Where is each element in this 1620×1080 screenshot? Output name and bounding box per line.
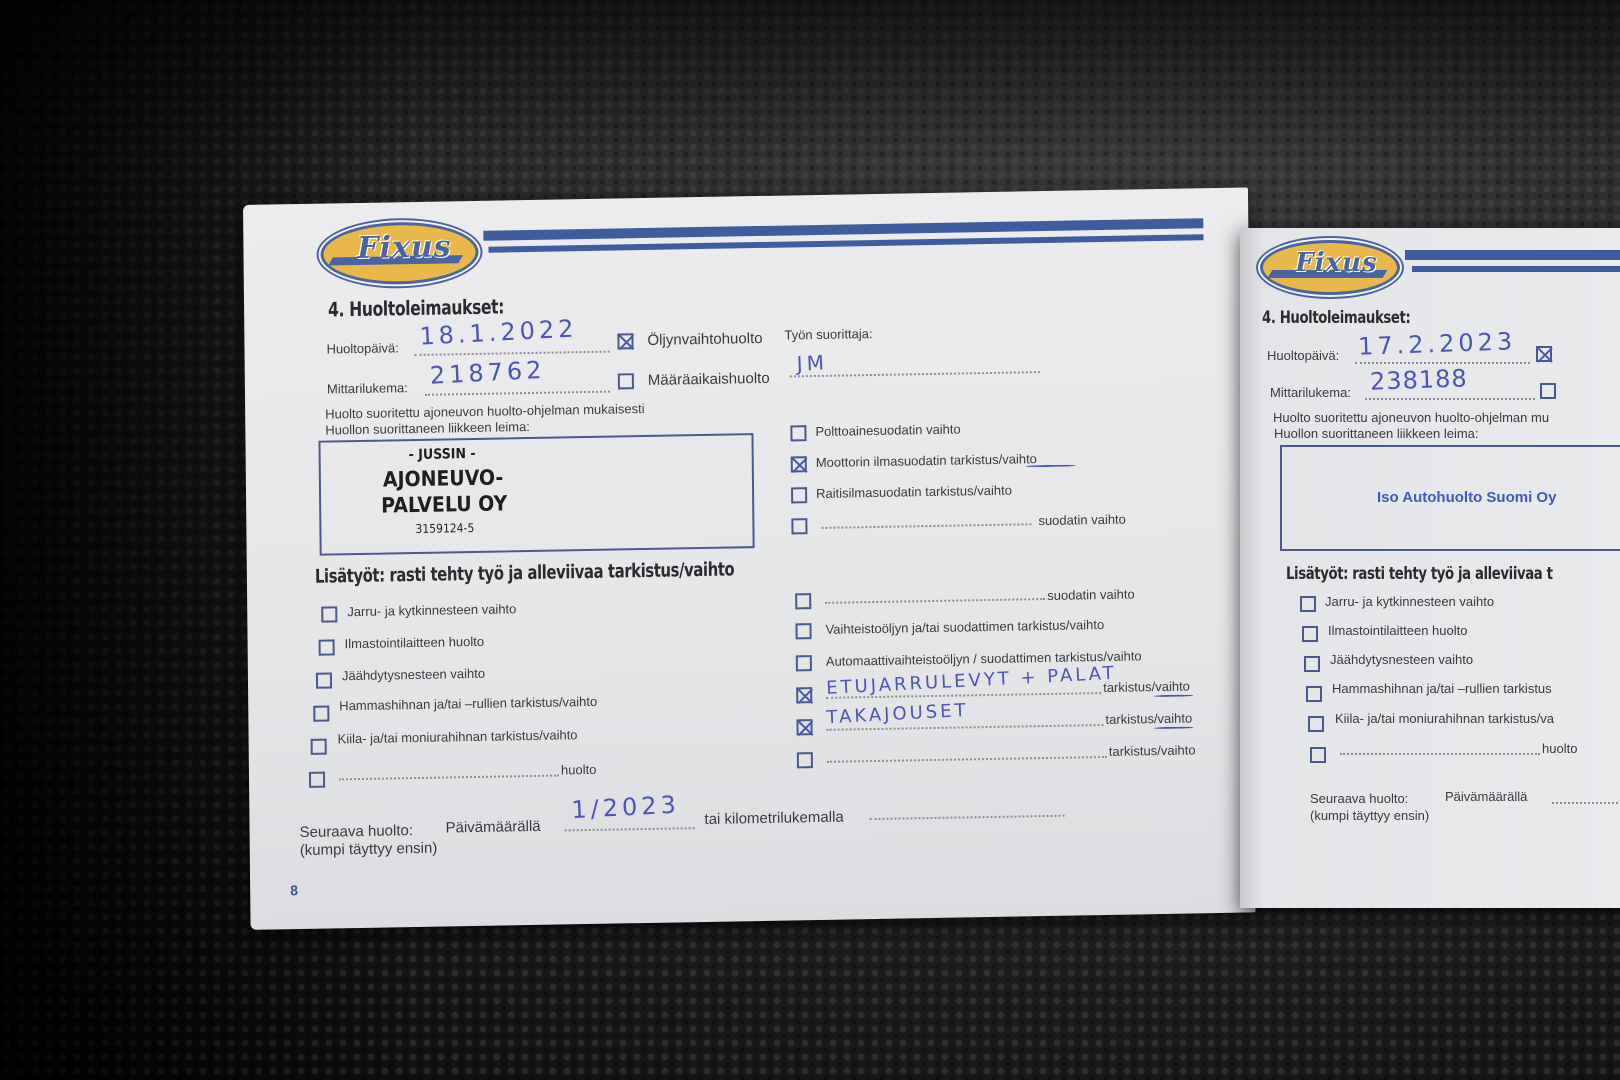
extra-item-label: Jarru- ja kytkinnesteen vaihto — [347, 601, 516, 619]
extra-item-label: Jäähdytysnesteen vaihto — [342, 666, 485, 683]
stamp-line: 3159124-5 — [415, 521, 474, 536]
service-date-line — [1355, 362, 1530, 364]
extra-item-label: huolto — [1542, 741, 1577, 756]
page-number: 8 — [290, 882, 298, 898]
oil-change-checkbox[interactable] — [617, 333, 633, 349]
cabin-filter-label: Raitisilmasuodatin tarkistus/vaihto — [816, 483, 1012, 501]
extra-item-label: huolto — [561, 762, 597, 778]
service-date-label: Huoltopäivä: — [326, 340, 398, 356]
pen-underline — [1153, 694, 1193, 697]
header-stripe — [1412, 266, 1620, 272]
service-book-page-right: Fixus 4. Huoltoleimaukset: Huoltopäivä: … — [1240, 228, 1620, 908]
performer-value[interactable]: JM — [796, 350, 828, 376]
fuel-filter-label: Polttoainesuodatin vaihto — [815, 421, 960, 439]
extra-item-label: tarkistus/vaihto — [1105, 710, 1192, 727]
other-check-checkbox[interactable] — [797, 752, 813, 768]
blank-line — [827, 756, 1107, 763]
extra-work-title: Lisätyöt: rasti tehty työ ja alleviivaa … — [1286, 564, 1553, 584]
extra-item-label: Jäähdytysnesteen vaihto — [1330, 652, 1473, 667]
fuel-filter-checkbox[interactable] — [790, 425, 806, 441]
section-title: 4. Huoltoleimaukset: — [1262, 308, 1410, 328]
service-date-label: Huoltopäivä: — [1267, 348, 1339, 363]
program-note: Huolto suoritettu ajoneuvon huolto-ohjel… — [325, 401, 645, 422]
whichever-first-note: (kumpi täyttyy ensin) — [1310, 808, 1429, 823]
service-date-value[interactable]: 17.2.2023 — [1358, 327, 1517, 361]
rear-springs-checkbox[interactable] — [796, 719, 812, 735]
extra-filter-checkbox[interactable] — [795, 593, 811, 609]
odometer-line — [425, 391, 610, 396]
blank-line — [1340, 753, 1540, 755]
stamp-line: AJONEUVO- — [383, 465, 504, 491]
brake-fluid-checkbox[interactable] — [1300, 596, 1316, 612]
stamp-line: PALVELU OY — [381, 491, 507, 517]
other-filter-checkbox[interactable] — [791, 518, 807, 534]
service-date-line — [415, 351, 610, 356]
scheduled-service-checkbox[interactable] — [618, 373, 634, 389]
service-date-value[interactable]: 18.1.2022 — [419, 314, 578, 350]
cabin-filter-checkbox[interactable] — [791, 487, 807, 503]
blank-line — [339, 775, 559, 781]
odometer-value[interactable]: 218762 — [429, 356, 546, 390]
next-date-line — [565, 827, 695, 831]
extra-item-label: Jarru- ja kytkinnesteen vaihto — [1325, 594, 1494, 609]
other-filter-label: suodatin vaihto — [1038, 512, 1126, 529]
scheduled-service-checkbox[interactable] — [1540, 383, 1556, 399]
extra-item-label: Ilmastointilaitteen huolto — [1328, 623, 1467, 638]
shadow — [0, 0, 1620, 160]
other-service-checkbox[interactable] — [1310, 747, 1326, 763]
whichever-first-note: (kumpi täyttyy ensin) — [300, 840, 438, 859]
v-belt-checkbox[interactable] — [311, 739, 327, 755]
logo-text: Fixus — [334, 229, 474, 266]
extra-item-label: Kiila- ja/tai moniurahihnan tarkistus/va… — [338, 727, 578, 746]
odometer-label: Mittarilukema: — [1270, 385, 1351, 400]
handwritten-item[interactable]: TAKAJOUSET — [826, 700, 969, 728]
service-book-page-left: Fixus 4. Huoltoleimaukset: Huoltopäivä: … — [243, 187, 1256, 929]
pen-underline — [1154, 726, 1194, 729]
timing-belt-checkbox[interactable] — [1306, 686, 1322, 702]
next-by-date-label: Päivämäärällä — [1445, 789, 1527, 804]
coolant-checkbox[interactable] — [316, 672, 332, 688]
next-date-value[interactable]: 1/2023 — [571, 791, 681, 825]
timing-belt-checkbox[interactable] — [313, 706, 329, 722]
blank-line — [825, 598, 1045, 604]
ac-service-checkbox[interactable] — [1302, 626, 1318, 642]
next-service-label: Seuraava huolto: — [1310, 791, 1408, 806]
or-km-label: tai kilometrilukemalla — [704, 809, 843, 828]
scheduled-service-label: Määräaikaishuolto — [648, 370, 770, 389]
next-km-line — [870, 815, 1065, 820]
pen-underline — [1026, 464, 1076, 467]
stamp-box: Iso Autohuolto Suomi Oy — [1280, 445, 1620, 551]
oil-change-checkbox[interactable] — [1536, 346, 1552, 362]
other-service-checkbox[interactable] — [309, 772, 325, 788]
odometer-label: Mittarilukema: — [327, 380, 408, 396]
air-filter-label: Moottorin ilmasuodatin tarkistus/vaihto — [816, 451, 1037, 470]
stamp-line: - JUSSIN - — [409, 446, 476, 463]
stamp-label: Huollon suorittaneen liikkeen leima: — [325, 419, 530, 438]
extra-item-label: Ilmastointilaitteen huolto — [345, 634, 485, 651]
extra-item-label: Kiila- ja/tai moniurahihnan tarkistus/va — [1335, 711, 1554, 726]
coolant-checkbox[interactable] — [1304, 656, 1320, 672]
blank-line — [821, 523, 1031, 529]
header-stripe — [1405, 250, 1620, 260]
section-title: 4. Huoltoleimaukset: — [328, 294, 504, 321]
ac-service-checkbox[interactable] — [319, 639, 335, 655]
stamp-text: Iso Autohuolto Suomi Oy — [1377, 489, 1556, 506]
extra-item-label: Hammashihnan ja/tai –rullien tarkistus/v… — [339, 694, 597, 714]
extra-work-title: Lisätyöt: rasti tehty työ ja alleviivaa … — [315, 558, 735, 587]
next-service-label: Seuraava huolto: — [299, 822, 413, 841]
fixus-logo: Fixus — [320, 221, 479, 286]
stamp-box: - JUSSIN - AJONEUVO- PALVELU OY 3159124-… — [318, 433, 754, 556]
auto-gearbox-oil-checkbox[interactable] — [796, 655, 812, 671]
logo-text: Fixus — [1274, 248, 1399, 278]
next-by-date-label: Päivämäärällä — [445, 818, 540, 837]
performer-label: Työn suorittaja: — [784, 326, 872, 343]
extra-item-label: tarkistus/vaihto — [1109, 742, 1196, 759]
front-brakes-checkbox[interactable] — [796, 687, 812, 703]
extra-item-label: suodatin vaihto — [1047, 586, 1135, 603]
gearbox-oil-checkbox[interactable] — [795, 623, 811, 639]
oil-change-label: Öljynvaihtohuolto — [647, 330, 762, 349]
extra-item-label: Hammashihnan ja/tai –rullien tarkistus — [1332, 681, 1552, 696]
extra-item-label: tarkistus/vaihto — [1103, 679, 1190, 696]
v-belt-checkbox[interactable] — [1308, 716, 1324, 732]
brake-fluid-checkbox[interactable] — [321, 606, 337, 622]
fixus-logo: Fixus — [1260, 240, 1400, 295]
extra-item-label: Vaihteistoöljyn ja/tai suodattimen tarki… — [825, 617, 1104, 637]
air-filter-checkbox[interactable] — [791, 456, 807, 472]
odometer-line — [1365, 398, 1535, 400]
program-note: Huolto suoritettu ajoneuvon huolto-ohjel… — [1273, 410, 1549, 425]
odometer-value[interactable]: 238188 — [1370, 364, 1469, 395]
stamp-label: Huollon suorittaneen liikkeen leima: — [1274, 426, 1479, 441]
next-date-line — [1552, 802, 1620, 804]
